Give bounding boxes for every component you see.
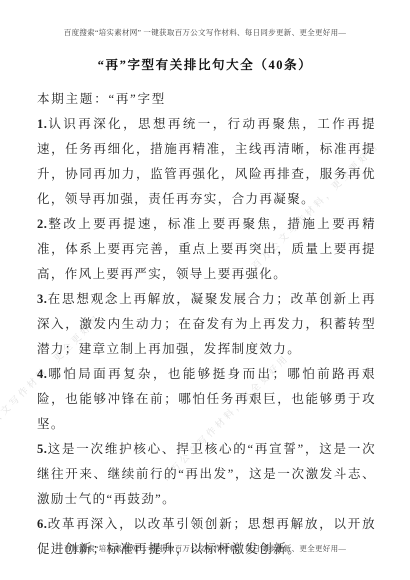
list-item: 1.认识再深化，思想再统一，行动再聚焦，工作再提速，任务再细化，措施再精准，主线… [37,112,376,212]
list-item: 4.哪怕局面再复杂，也能够挺身而出；哪怕前路再艰险，也能够冲锋在前；哪怕任务再艰… [37,362,376,437]
item-text: 在思想观念上再解放，凝聚发展合力；改革创新上再深入，激发内生动力；在奋发有为上再… [37,292,376,356]
item-number: 1. [37,117,47,131]
item-text: 整改上要再提速，标准上要再聚焦，措施上要再精准，体系上要再完善，重点上要再突出，… [37,217,376,281]
list-item: 5.这是一次维护核心、捍卫核心的“再宣誓”，这是一次继往开来、继续前行的“再出发… [37,437,376,512]
item-text: 认识再深化，思想再统一，行动再聚焦，工作再提速，任务再细化，措施再精准，主线再清… [37,117,376,206]
item-text: 改革再深入，以改革引领创新；思想再解放，以开放促进创新；标准再提升，以标杆激发创… [37,517,376,556]
item-number: 6. [37,517,47,531]
topic-line: 本期主题：“再”字型 [37,87,376,112]
list-item: 2.整改上要再提速，标准上要再聚焦，措施上要再精准，体系上要再完善，重点上要再突… [37,212,376,287]
header-promo-note: 百度搜索“培实素材网” 一键获取百万公文写作材料、每日同步更新、更全更好用— [0,27,410,38]
document-body: 本期主题：“再”字型 1.认识再深化，思想再统一，行动再聚焦，工作再提速，任务再… [37,87,376,562]
list-item: 6.改革再深入，以改革引领创新；思想再解放，以开放促进创新；标准再提升，以标杆激… [37,512,376,562]
item-number: 4. [37,367,47,381]
item-text: 这是一次维护核心、捍卫核心的“再宣誓”，这是一次继往开来、继续前行的“再出发”，… [37,442,376,506]
list-item: 3.在思想观念上再解放，凝聚发展合力；改革创新上再深入，激发内生动力；在奋发有为… [37,287,376,362]
item-number: 5. [37,442,47,456]
item-text: 哪怕局面再复杂，也能够挺身而出；哪怕前路再艰险，也能够冲锋在前；哪怕任务再艰巨，… [37,367,376,431]
document-page: 百万公文写作材料，更全更好用 百万公文写作材料，更全更好用 百万公文写作材料，更… [0,0,410,580]
item-number: 3. [37,292,47,306]
item-number: 2. [37,217,47,231]
page-title: “再”字型有关排比句大全（40条） [0,55,410,73]
